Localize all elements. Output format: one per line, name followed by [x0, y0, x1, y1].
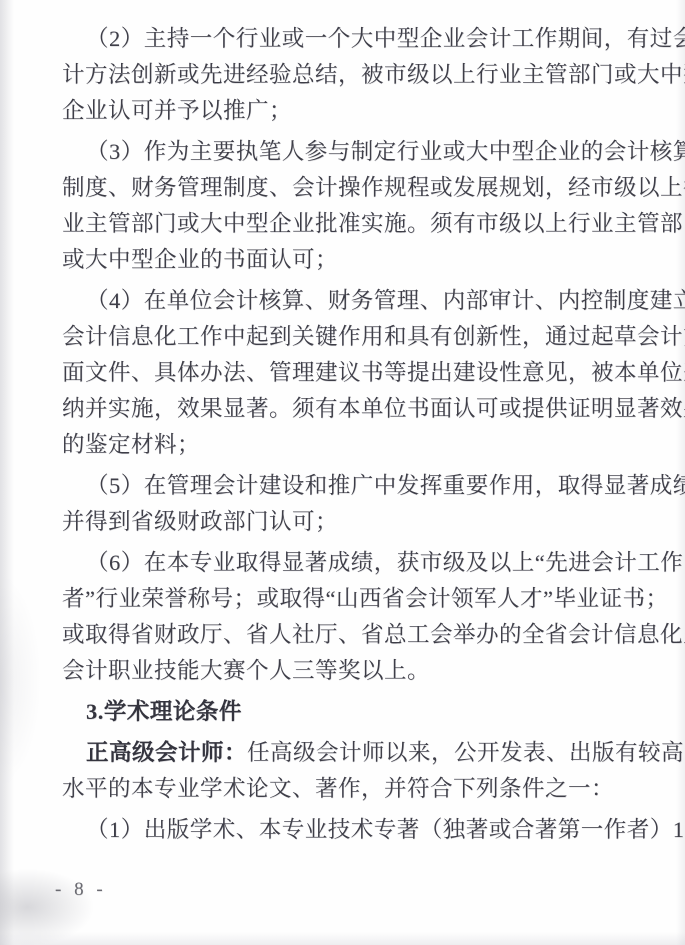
text-line: 制度、财务管理制度、会计操作规程或发展规划，经市级以上行: [62, 170, 642, 206]
text-line: 会计信息化工作中起到关键作用和具有创新性，通过起草会计方: [62, 319, 642, 355]
text-line: （4）在单位会计核算、财务管理、内部审计、内控制度建立、: [62, 283, 642, 319]
text-line: 的鉴定材料；: [62, 427, 642, 463]
text-line: （5）在管理会计建设和推广中发挥重要作用，取得显著成绩: [62, 468, 642, 504]
text-line: 或大中型企业的书面认可；: [62, 242, 642, 278]
text-line: （1）出版学术、本专业技术专著（独著或合著第一作者）1: [62, 812, 642, 848]
text-line: 或取得省财政厅、省人社厅、省总工会举办的全省会计信息化暨: [62, 617, 642, 653]
text-line: 面文件、具体办法、管理建议书等提出建设性意见，被本单位采: [62, 355, 642, 391]
text-line: 会计职业技能大赛个人三等奖以上。: [62, 653, 642, 689]
text-line: （2）主持一个行业或一个大中型企业会计工作期间，有过会: [62, 21, 642, 57]
text-line: 水平的本专业学术论文、著作，并符合下列条件之一：: [62, 771, 642, 807]
text-line: 者”行业荣誉称号；或取得“山西省会计领军人才”毕业证书；: [62, 581, 642, 617]
scanned-document-page: { "page": { "number_label": "- 8 -" }, "…: [0, 0, 685, 945]
text-line: （6）在本专业取得显著成绩，获市级及以上“先进会计工作: [62, 545, 642, 581]
bold-run: 正高级会计师：: [86, 740, 247, 765]
document-body: （2）主持一个行业或一个大中型企业会计工作期间，有过会计方法创新或先进经验总结，…: [62, 16, 642, 848]
text-line: 计方法创新或先进经验总结，被市级以上行业主管部门或大中型: [62, 57, 642, 93]
text-line: 正高级会计师：任高级会计师以来，公开发表、出版有较高: [62, 735, 642, 771]
text-line: 企业认可并予以推广；: [62, 93, 642, 129]
page-number: - 8 -: [55, 879, 107, 901]
text-line: 并得到省级财政部门认可；: [62, 504, 642, 540]
text-line: 3.学术理论条件: [62, 694, 642, 730]
text-line: 业主管部门或大中型企业批准实施。须有市级以上行业主管部门: [62, 206, 642, 242]
text-line: 纳并实施，效果显著。须有本单位书面认可或提供证明显著效果: [62, 391, 642, 427]
text-line: （3）作为主要执笔人参与制定行业或大中型企业的会计核算: [62, 134, 642, 170]
